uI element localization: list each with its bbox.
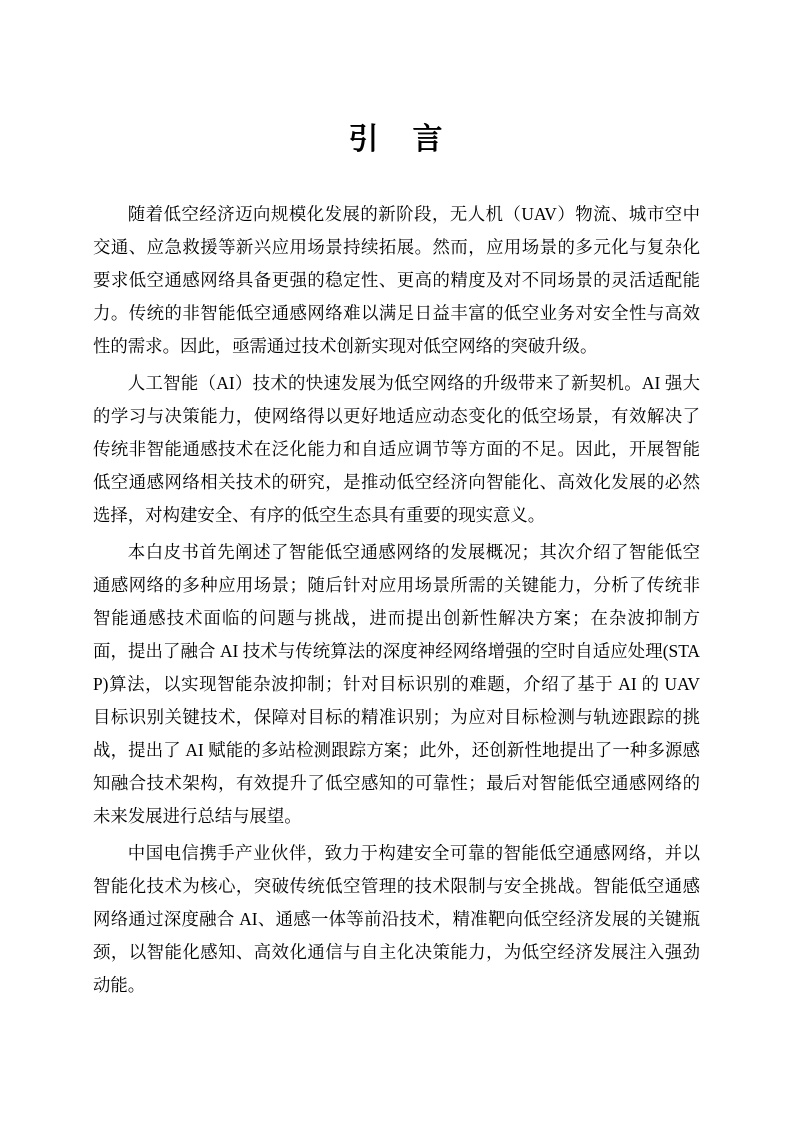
intro-paragraph-1: 随着低空经济迈向规模化发展的新阶段，无人机（UAV）物流、城市空中交通、应急救援…	[93, 198, 700, 363]
intro-paragraph-4: 中国电信携手产业伙伴，致力于构建安全可靠的智能低空通感网络，并以智能化技术为核心…	[93, 837, 700, 1002]
intro-paragraph-2: 人工智能（AI）技术的快速发展为低空网络的升级带来了新契机。AI 强大的学习与决…	[93, 367, 700, 532]
page-title: 引 言	[93, 123, 700, 157]
document-page: 引 言 随着低空经济迈向规模化发展的新阶段，无人机（UAV）物流、城市空中交通、…	[0, 0, 793, 1122]
intro-paragraph-3: 本白皮书首先阐述了智能低空通感网络的发展概况；其次介绍了智能低空通感网络的多种应…	[93, 536, 700, 833]
